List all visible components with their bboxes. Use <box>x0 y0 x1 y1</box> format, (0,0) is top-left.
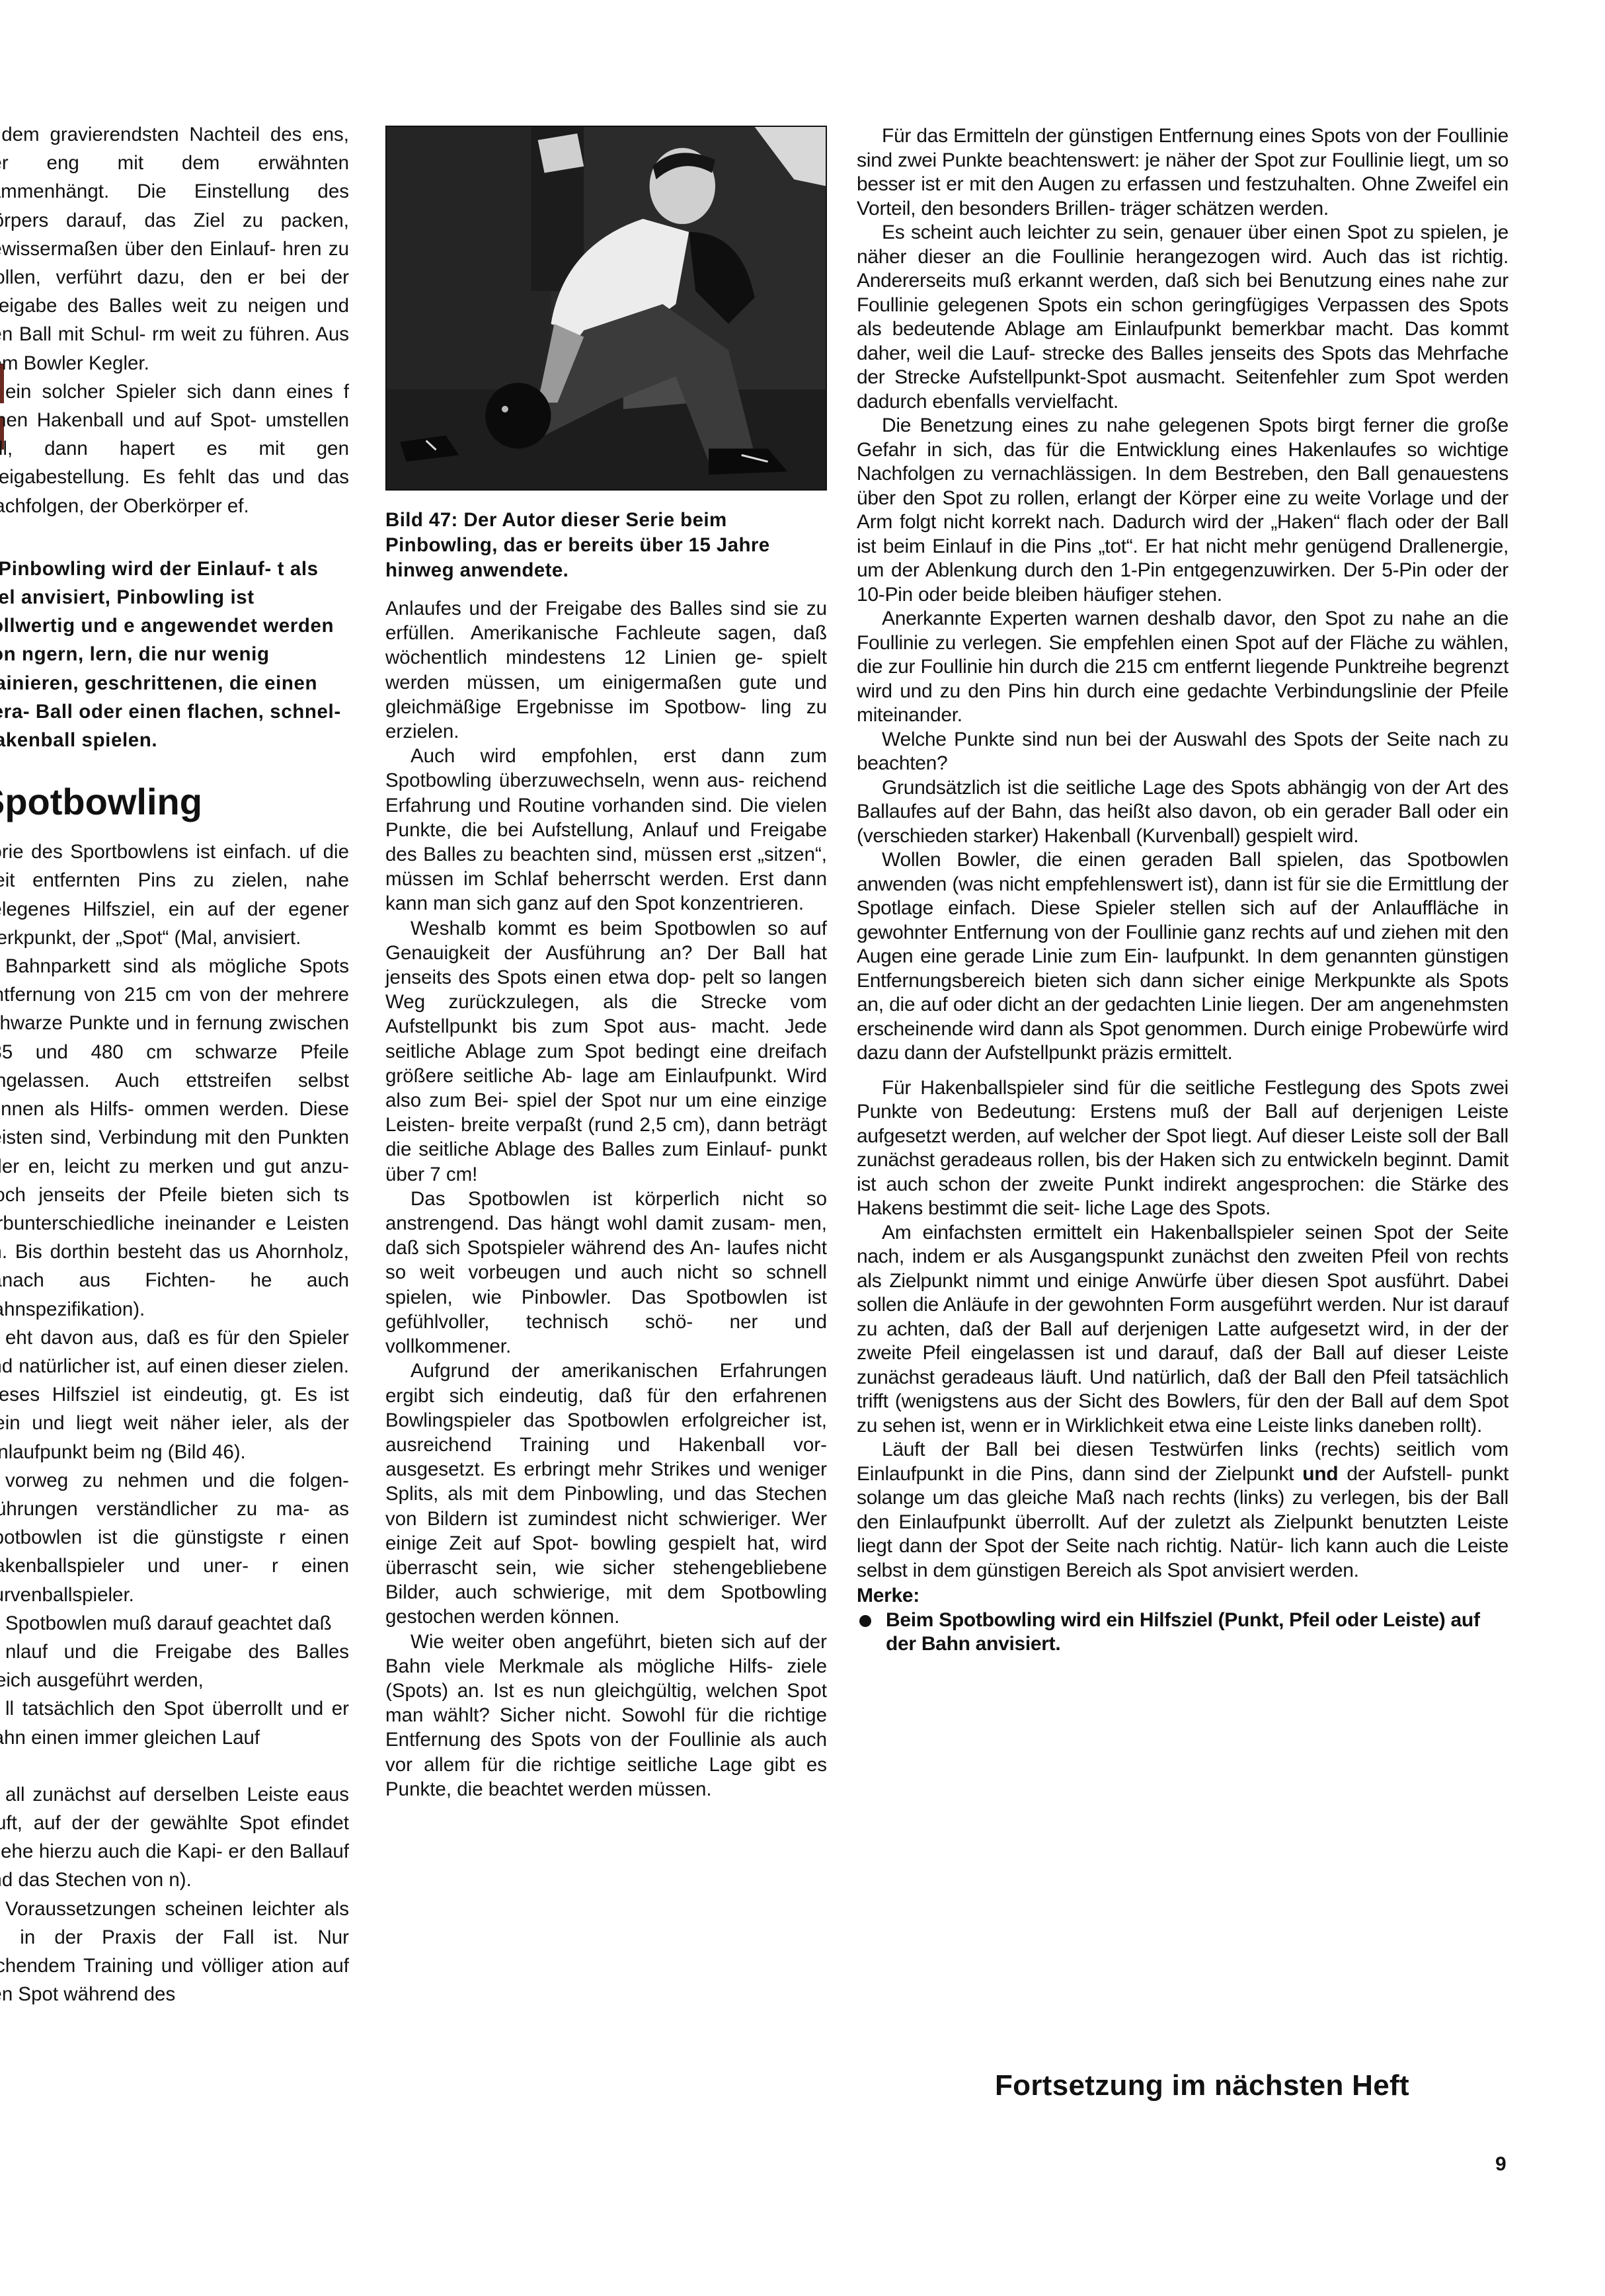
body-paragraph: Anlaufes und der Freigabe des Balles sin… <box>385 596 827 744</box>
middle-column: Bild 47: Der Autor dieser Serie beim Pin… <box>385 126 827 1801</box>
body-paragraph: Weshalb kommt es beim Spotbowlen so auf … <box>385 916 827 1187</box>
body-paragraph: vorweg zu nehmen und die folgen- sführun… <box>0 1466 349 1609</box>
left-column: u dem gravierendsten Nachteil des ens, d… <box>0 120 349 2008</box>
body-paragraph: Am einfachsten ermittelt ein Hakenballsp… <box>857 1221 1508 1439</box>
body-paragraph: u dem gravierendsten Nachteil des ens, d… <box>0 120 349 377</box>
body-paragraph: Grundsätzlich ist die seitliche Lage des… <box>857 776 1508 849</box>
continuation-note: Fortsetzung im nächsten Heft <box>995 2069 1409 2102</box>
body-paragraph: Für Hakenballspieler sind für die seitli… <box>857 1076 1508 1221</box>
body-paragraph: eht davon aus, daß es für den Spieler un… <box>0 1324 349 1466</box>
bullet-icon <box>859 1615 871 1627</box>
list-item: all zunächst auf derselben Leiste eaus l… <box>0 1780 349 1895</box>
summary-bold-block: n Pinbowling wird der Einlauf- t als Zie… <box>0 555 349 754</box>
body-paragraph: Läuft der Ball bei diesen Testwürfen lin… <box>857 1438 1508 1583</box>
list-item: nlauf und die Freigabe des Balles gleich… <box>0 1638 349 1694</box>
body-paragraph: Aufgrund der amerikanischen Erfahrungen … <box>385 1359 827 1629</box>
body-paragraph: eorie des Sportbowlens ist einfach. uf d… <box>0 838 349 952</box>
body-paragraph: Das Spotbowlen ist körperlich nicht so a… <box>385 1187 827 1359</box>
merke-title: Merke: <box>857 1584 1508 1608</box>
bowler-photo <box>385 126 827 491</box>
body-paragraph: Voraussetzungen scheinen leichter als es… <box>0 1895 349 2009</box>
body-paragraph: Spotbowlen muß darauf geachtet daß <box>0 1609 349 1638</box>
body-paragraph: Welche Punkte sind nun bei der Auswahl d… <box>857 728 1508 776</box>
list-item: ll tatsächlich den Spot überrollt und er… <box>0 1694 349 1751</box>
emphasis-text: und <box>1302 1463 1338 1485</box>
body-paragraph: Bahnparkett sind als mögliche Spots Entf… <box>0 952 349 1324</box>
body-paragraph: Wie weiter oben angeführt, bieten sich a… <box>385 1630 827 1801</box>
merke-list-item: Beim Spotbowling wird ein Hilfsziel (Pun… <box>857 1608 1508 1657</box>
bowler-photo-image <box>387 127 826 489</box>
body-paragraph: Die Benetzung eines zu nahe gelegenen Sp… <box>857 414 1508 607</box>
body-paragraph: Für das Ermitteln der günstigen Entfernu… <box>857 124 1508 221</box>
body-paragraph: Anerkannte Experten warnen deshalb davor… <box>857 607 1508 728</box>
page-number: 9 <box>1495 2153 1507 2176</box>
photo-caption: Bild 47: Der Autor dieser Serie beim Pin… <box>385 508 827 583</box>
body-paragraph: Wollen Bowler, die einen geraden Ball sp… <box>857 848 1508 1066</box>
body-paragraph: Es scheint auch leichter zu sein, genaue… <box>857 221 1508 414</box>
body-paragraph: ein solcher Spieler sich dann eines f ei… <box>0 377 349 520</box>
body-paragraph: Auch wird empfohlen, erst dann zum Spotb… <box>385 744 827 916</box>
section-heading: Spotbowling <box>0 781 349 823</box>
merke-item-text: Beim Spotbowling wird ein Hilfsziel (Pun… <box>886 1609 1480 1655</box>
right-column: Für das Ermitteln der günstigen Entfernu… <box>857 124 1508 1657</box>
